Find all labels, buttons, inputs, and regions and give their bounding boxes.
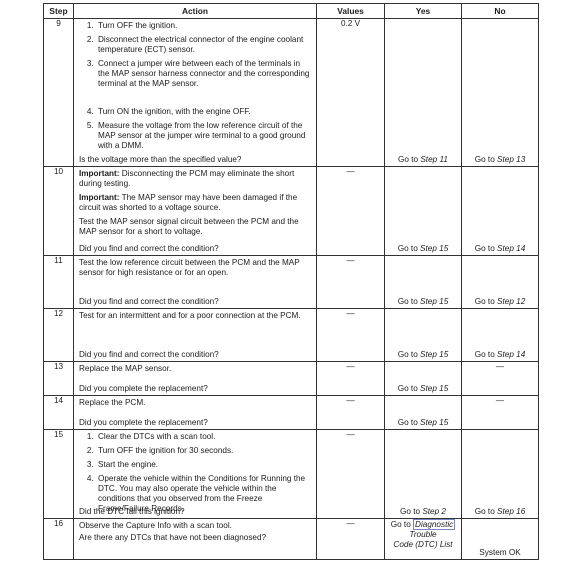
no-step-link[interactable]: Step 13	[497, 155, 525, 164]
step-number: 9	[44, 19, 74, 167]
yes-cell: Go to Step 15	[385, 167, 462, 256]
action-step: Measure the voltage from the low referen…	[96, 121, 312, 151]
no-cell: System OK	[462, 519, 539, 560]
action-question: Is the voltage more than the specified v…	[79, 155, 312, 165]
system-ok-text: System OK	[462, 548, 538, 558]
yes-cell: Go to Step 15	[385, 362, 462, 396]
dtc-list-link[interactable]: Diagnostic	[413, 519, 455, 530]
action-cell: Test the low reference circuit between t…	[74, 256, 317, 309]
action-question: Did you complete the replacement?	[79, 418, 312, 428]
step-number: 14	[44, 396, 74, 430]
action-step: Disconnect the electrical connector of t…	[96, 35, 312, 55]
yes-cell: Go to Step 15	[385, 396, 462, 430]
yes-step-link[interactable]: Step 15	[420, 418, 448, 427]
dtc-list-link-line2[interactable]: Trouble	[409, 530, 436, 539]
step-number: 16	[44, 519, 74, 560]
action-question: Are there any DTCs that have not been di…	[79, 533, 312, 543]
no-step-link[interactable]: Step 12	[497, 297, 525, 306]
diagnostic-table: Step Action Values Yes No 9 Turn OFF the…	[43, 3, 539, 560]
table-row-step-15: 15 Clear the DTCs with a scan tool. Turn…	[44, 430, 539, 519]
yes-cell: Go to Step 2	[385, 430, 462, 519]
table-row-step-10: 10 Important: Disconnecting the PCM may …	[44, 167, 539, 256]
yes-cell: Go to Step 11	[385, 19, 462, 167]
no-cell: —	[462, 396, 539, 430]
action-cell: Important: Disconnecting the PCM may eli…	[74, 167, 317, 256]
action-step: Turn ON the ignition, with the engine OF…	[96, 107, 312, 117]
header-values: Values	[317, 4, 385, 19]
action-question: Did the DTC fail this ignition?	[79, 507, 312, 517]
action-question: Did you find and correct the condition?	[79, 297, 312, 307]
action-text: Test for an intermittent and for a poor …	[79, 311, 312, 321]
no-cell: Go to Step 14	[462, 309, 539, 362]
yes-cell: Go to Diagnostic Trouble Code (DTC) List	[385, 519, 462, 560]
no-step-link[interactable]: Step 14	[497, 350, 525, 359]
action-cell: Turn OFF the ignition. Disconnect the el…	[74, 19, 317, 167]
yes-step-link[interactable]: Step 11	[420, 155, 448, 164]
values-cell: —	[317, 362, 385, 396]
header-step: Step	[44, 4, 74, 19]
action-cell: Observe the Capture Info with a scan too…	[74, 519, 317, 560]
header-no: No	[462, 4, 539, 19]
values-cell: —	[317, 167, 385, 256]
yes-cell: Go to Step 15	[385, 309, 462, 362]
action-cell: Test for an intermittent and for a poor …	[74, 309, 317, 362]
values-cell: —	[317, 309, 385, 362]
action-question: Did you find and correct the condition?	[79, 244, 312, 254]
header-action: Action	[74, 4, 317, 19]
step-number: 15	[44, 430, 74, 519]
action-step: Clear the DTCs with a scan tool.	[96, 432, 312, 442]
no-cell: —	[462, 362, 539, 396]
important-note: Important: Disconnecting the PCM may eli…	[79, 169, 312, 189]
step-number: 12	[44, 309, 74, 362]
values-cell: 0.2 V	[317, 19, 385, 167]
header-row: Step Action Values Yes No	[44, 4, 539, 19]
yes-step-link[interactable]: Step 15	[420, 350, 448, 359]
step-number: 10	[44, 167, 74, 256]
action-text: Observe the Capture Info with a scan too…	[79, 521, 312, 531]
yes-step-link[interactable]: Step 15	[420, 297, 448, 306]
yes-step-link[interactable]: Step 15	[420, 244, 448, 253]
action-steps-list-a: Turn OFF the ignition. Disconnect the el…	[79, 21, 312, 89]
action-text: Test the MAP sensor signal circuit betwe…	[79, 217, 312, 237]
header-yes: Yes	[385, 4, 462, 19]
action-cell: Replace the MAP sensor. Did you complete…	[74, 362, 317, 396]
values-cell: —	[317, 430, 385, 519]
yes-step-link[interactable]: Step 2	[422, 507, 446, 516]
action-step: Turn OFF the ignition for 30 seconds.	[96, 446, 312, 456]
action-text: Replace the MAP sensor.	[79, 364, 312, 374]
action-text: Test the low reference circuit between t…	[79, 258, 312, 278]
no-cell: Go to Step 16	[462, 430, 539, 519]
table-row-step-12: 12 Test for an intermittent and for a po…	[44, 309, 539, 362]
no-cell: Go to Step 12	[462, 256, 539, 309]
action-question: Did you complete the replacement?	[79, 384, 312, 394]
table-row-step-11: 11 Test the low reference circuit betwee…	[44, 256, 539, 309]
action-step: Turn OFF the ignition.	[96, 21, 312, 31]
yes-cell: Go to Step 15	[385, 256, 462, 309]
table-row-step-13: 13 Replace the MAP sensor. Did you compl…	[44, 362, 539, 396]
important-note: Important: The MAP sensor may have been …	[79, 193, 312, 213]
table-row-step-14: 14 Replace the PCM. Did you complete the…	[44, 396, 539, 430]
no-step-link[interactable]: Step 16	[497, 507, 525, 516]
no-step-link[interactable]: Step 14	[497, 244, 525, 253]
table-row-step-16: 16 Observe the Capture Info with a scan …	[44, 519, 539, 560]
action-steps-list: Clear the DTCs with a scan tool. Turn OF…	[79, 432, 312, 514]
action-step: Connect a jumper wire between each of th…	[96, 59, 312, 89]
no-cell: Go to Step 13	[462, 19, 539, 167]
yes-step-link[interactable]: Step 15	[420, 384, 448, 393]
values-cell: —	[317, 519, 385, 560]
values-cell: —	[317, 396, 385, 430]
action-question: Did you find and correct the condition?	[79, 350, 312, 360]
action-text: Replace the PCM.	[79, 398, 312, 408]
action-steps-list-b: Turn ON the ignition, with the engine OF…	[79, 107, 312, 151]
values-cell: —	[317, 256, 385, 309]
dtc-list-link-line3[interactable]: Code (DTC) List	[393, 540, 452, 549]
table-row-step-9: 9 Turn OFF the ignition. Disconnect the …	[44, 19, 539, 167]
step-number: 11	[44, 256, 74, 309]
action-cell: Clear the DTCs with a scan tool. Turn OF…	[74, 430, 317, 519]
step-number: 13	[44, 362, 74, 396]
action-cell: Replace the PCM. Did you complete the re…	[74, 396, 317, 430]
no-cell: Go to Step 14	[462, 167, 539, 256]
action-step: Start the engine.	[96, 460, 312, 470]
